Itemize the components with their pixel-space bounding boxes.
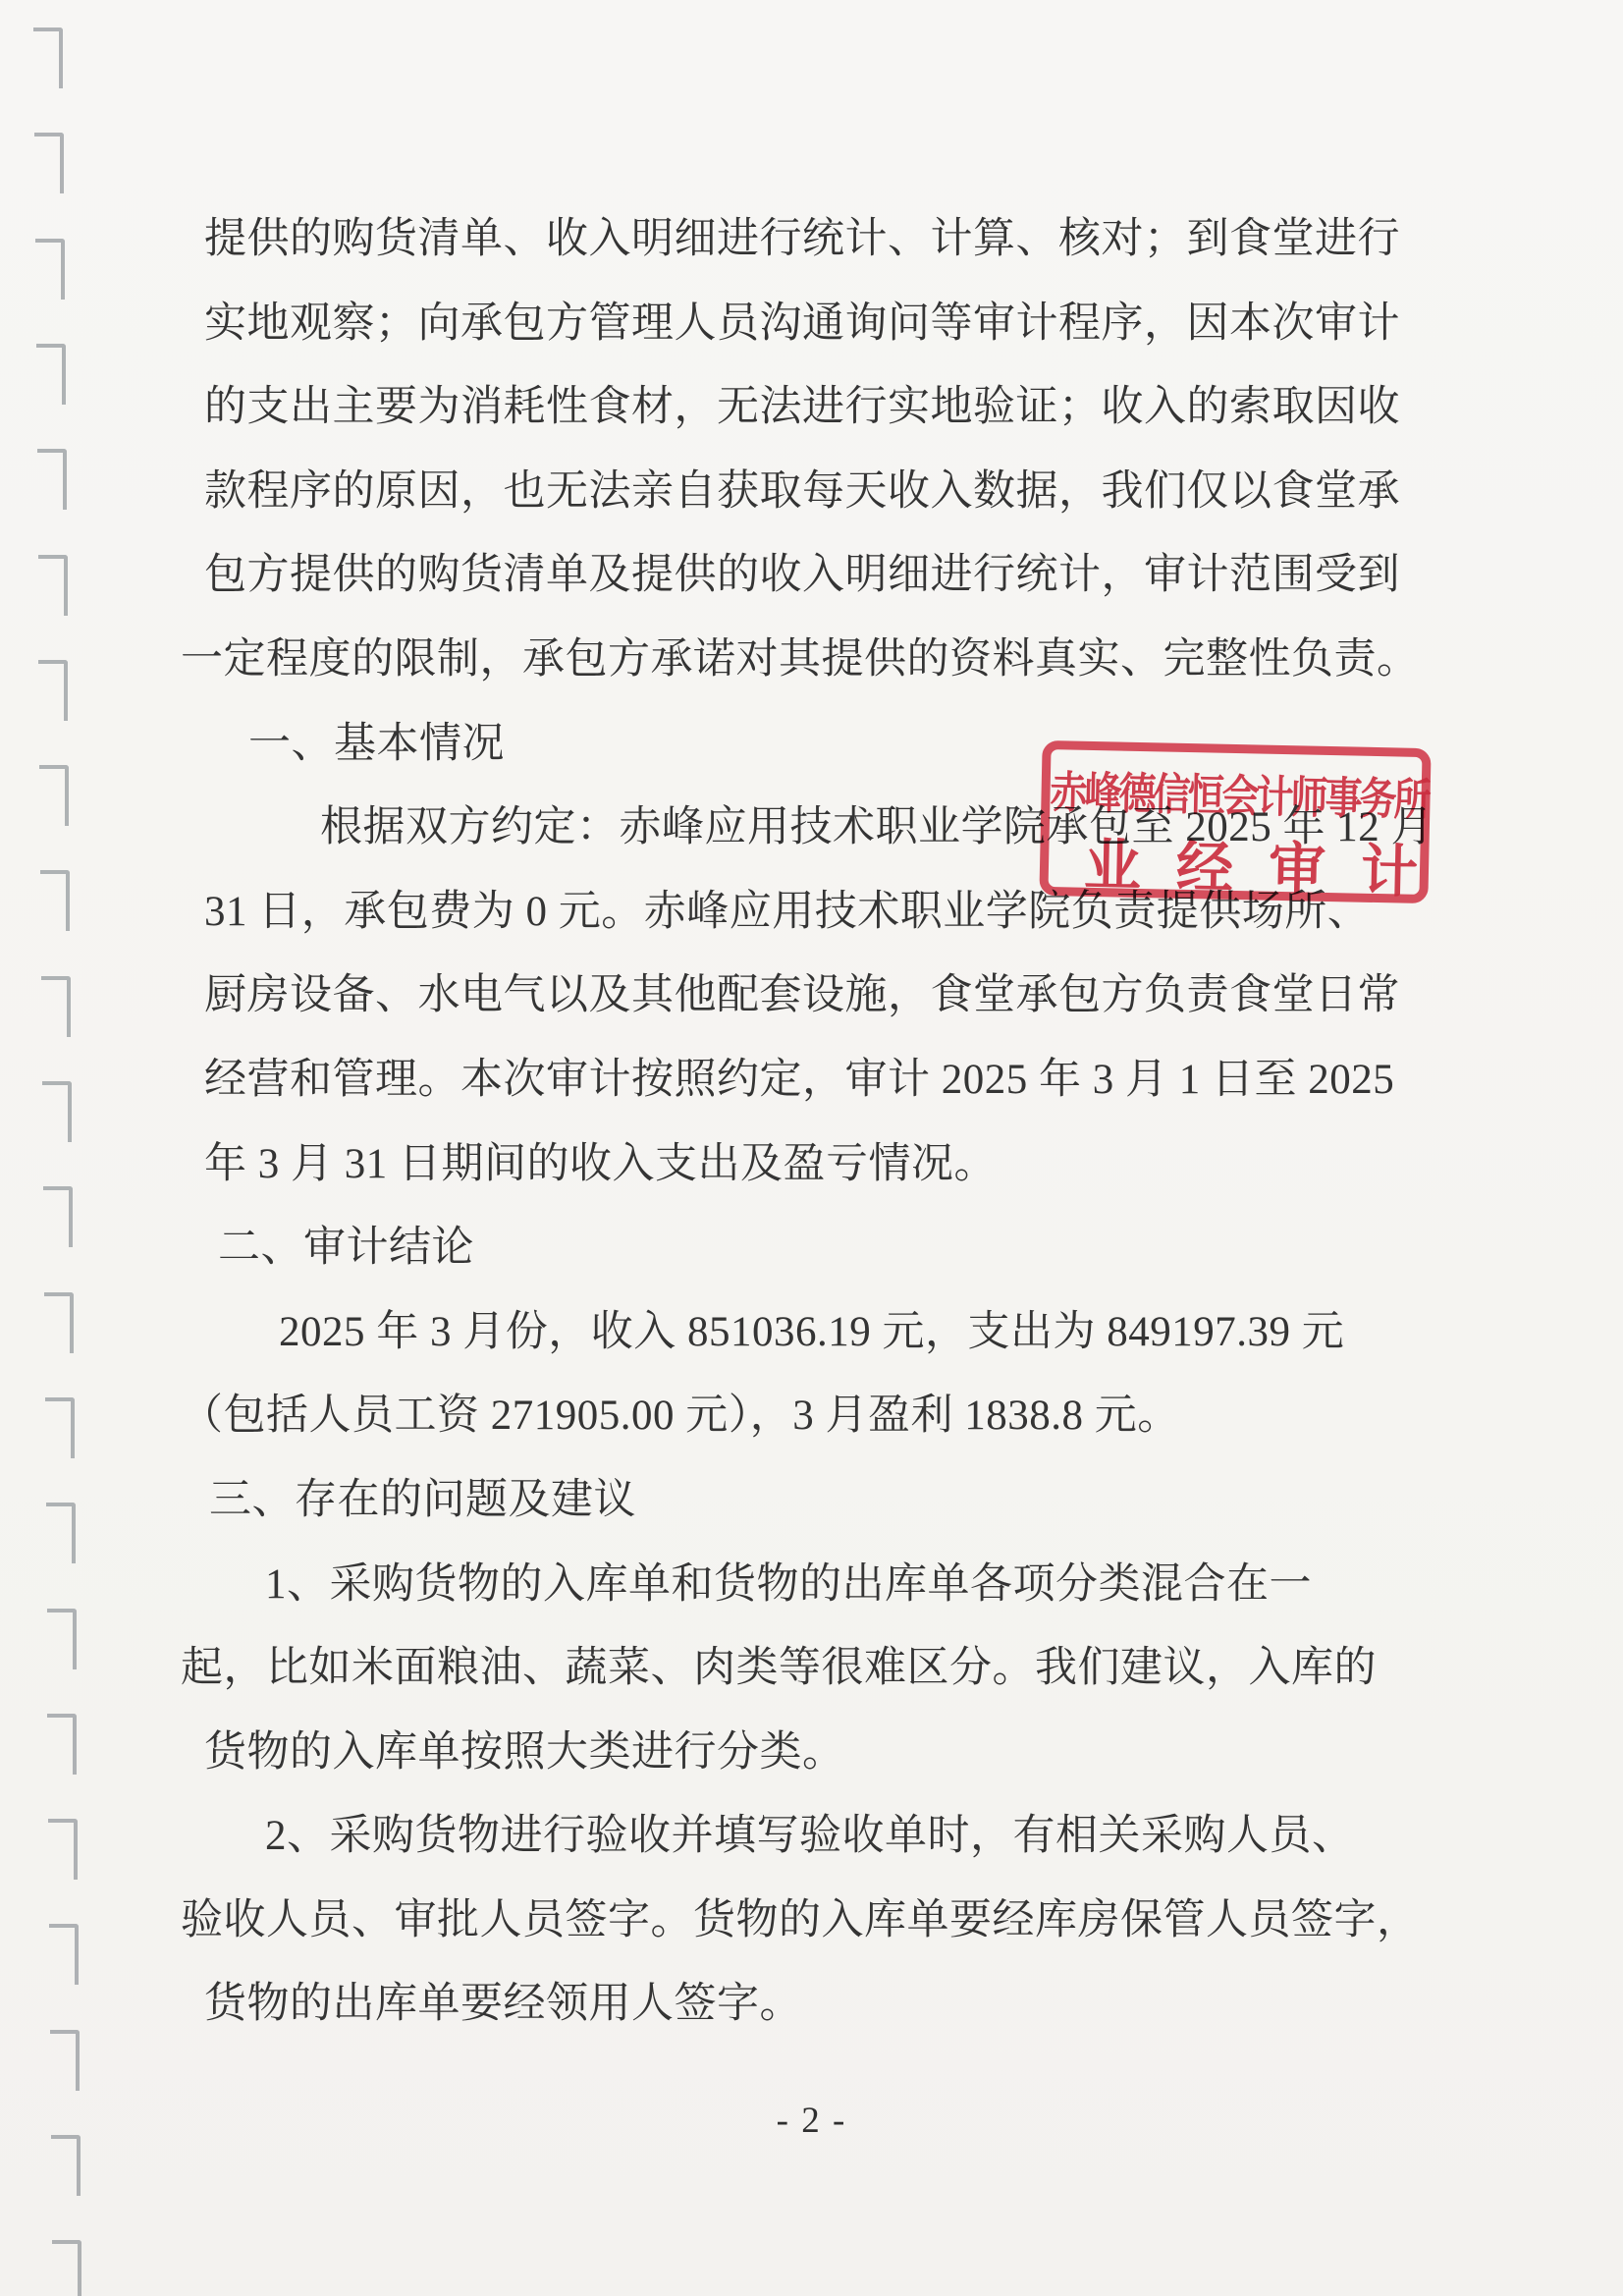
text-line: 厨房设备、水电气以及其他配套设施，食堂承包方负责食堂日常 — [204, 954, 1434, 1038]
text-line: 年 3 月 31 日期间的收入支出及盈亏情况。 — [204, 1122, 1434, 1207]
binding-hole-mark — [47, 1609, 77, 1669]
text-line: 验收人员、审批人员签字。货物的入库单要经库房保管人员签字， — [181, 1879, 1434, 1963]
binding-hole-mark — [38, 660, 68, 721]
text-line: 一定程度的限制，承包方承诺对其提供的资料真实、完整性负责。 — [181, 618, 1434, 702]
binding-hole-mark — [40, 870, 70, 931]
binding-hole-mark — [37, 449, 67, 510]
binding-hole-mark — [52, 2240, 81, 2296]
binding-hole-mark — [39, 765, 69, 826]
text-line: 货物的出库单要经领用人签字。 — [204, 1962, 1434, 2047]
binding-hole-mark — [36, 344, 66, 405]
text-line: 款程序的原因，也无法亲自获取每天收入数据，我们仅以食堂承 — [204, 450, 1434, 534]
text-line: 包方提供的购货清单及提供的收入明细进行统计，审计范围受到 — [204, 533, 1434, 618]
text-line: 2025 年 3 月份，收入 851036.19 元，支出为 849197.39… — [204, 1290, 1434, 1375]
text-line: 1、采购货物的入库单和货物的出库单各项分类混合在一 — [204, 1543, 1434, 1627]
binding-hole-mark — [33, 27, 63, 88]
binding-hole-mark — [45, 1397, 75, 1458]
binding-hole-mark — [38, 555, 68, 616]
binding-hole-mark — [47, 1714, 77, 1775]
binding-hole-mark — [46, 1503, 76, 1563]
text-line: 的支出主要为消耗性食材，无法进行实地验证；收入的索取因收 — [204, 365, 1434, 450]
stamp-audit-text: 业经审计 — [1048, 818, 1421, 908]
binding-hole-mark — [44, 1292, 74, 1353]
text-line: 货物的入库单按照大类进行分类。 — [204, 1711, 1434, 1795]
binding-hole-mark — [51, 2135, 81, 2196]
text-line: 三、存在的问题及建议 — [204, 1458, 1434, 1543]
text-line: 提供的购货清单、收入明细进行统计、计算、核对；到食堂进行 — [204, 197, 1434, 282]
text-line: 2、采购货物进行验收并填写验收单时，有相关采购人员、 — [204, 1794, 1434, 1879]
text-line: 起，比如米面粮油、蔬菜、肉类等很难区分。我们建议，入库的 — [181, 1626, 1434, 1711]
binding-hole-mark — [49, 1924, 79, 1985]
binding-hole-mark — [41, 976, 71, 1037]
binding-hole-mark — [35, 239, 65, 300]
page-number: - 2 - — [0, 2100, 1623, 2142]
text-column: 提供的购货清单、收入明细进行统计、计算、核对；到食堂进行实地观察；向承包方管理人… — [204, 197, 1434, 2047]
audit-stamp: 赤峰德信恒会计师事务所 业经审计 — [1039, 740, 1431, 903]
binding-hole-mark — [48, 1819, 78, 1880]
text-line: （包括人员工资 271905.00 元），3 月盈利 1838.8 元。 — [181, 1374, 1434, 1458]
binding-hole-mark — [34, 133, 64, 193]
binding-hole-mark — [50, 2030, 80, 2091]
binding-hole-mark — [43, 1186, 73, 1247]
binding-hole-mark — [42, 1081, 72, 1142]
text-line: 经营和管理。本次审计按照约定，审计 2025 年 3 月 1 日至 2025 — [204, 1038, 1434, 1122]
text-line: 实地观察；向承包方管理人员沟通询问等审计程序，因本次审计 — [204, 282, 1434, 366]
text-line: 二、审计结论 — [204, 1206, 1434, 1290]
stamp-firm-name: 赤峰德信恒会计师事务所 — [1050, 756, 1422, 828]
